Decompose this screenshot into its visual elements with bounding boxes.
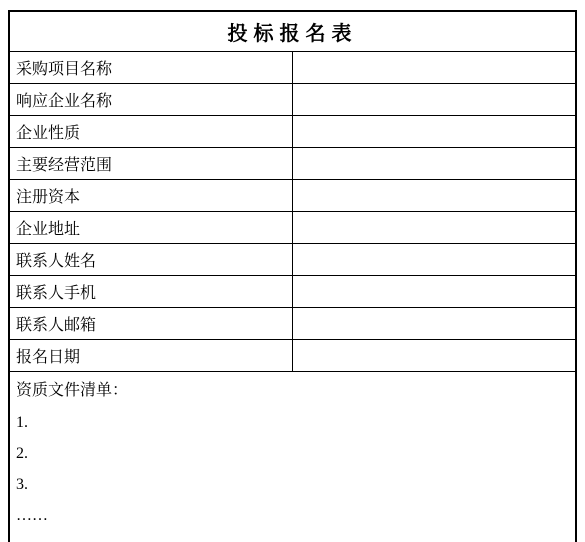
row-label-contact-email: 联系人邮箱 (9, 308, 293, 340)
form-row: 报名日期 (9, 340, 576, 372)
row-value-contact-email[interactable] (293, 308, 577, 340)
form-row: 联系人姓名 (9, 244, 576, 276)
row-value-procurement-project-name[interactable] (293, 52, 577, 84)
form-title: 投标报名表 (9, 11, 576, 52)
row-label-responding-company-name: 响应企业名称 (9, 84, 293, 116)
form-row: 采购项目名称 (9, 52, 576, 84)
qualification-item-1: 1. (16, 414, 567, 431)
qualification-section: 资质文件清单： 1. 2. 3. …… (9, 372, 576, 542)
form-row: 企业性质 (9, 116, 576, 148)
row-label-main-business-scope: 主要经营范围 (9, 148, 293, 180)
row-label-company-nature: 企业性质 (9, 116, 293, 148)
row-label-procurement-project-name: 采购项目名称 (9, 52, 293, 84)
row-value-responding-company-name[interactable] (293, 84, 577, 116)
row-label-registered-capital: 注册资本 (9, 180, 293, 212)
row-value-contact-mobile[interactable] (293, 276, 577, 308)
title-row: 投标报名表 (9, 11, 576, 52)
bid-registration-table: 投标报名表 采购项目名称 响应企业名称 企业性质 主要经营范围 注册资本 (8, 10, 577, 542)
form-row: 联系人手机 (9, 276, 576, 308)
qualification-item-2: 2. (16, 445, 567, 462)
qualification-heading: 资质文件清单： (16, 382, 567, 400)
qualification-item-3: 3. (16, 476, 567, 493)
qualification-row: 资质文件清单： 1. 2. 3. …… (9, 372, 576, 542)
row-label-registration-date: 报名日期 (9, 340, 293, 372)
form-row: 主要经营范围 (9, 148, 576, 180)
row-value-contact-name[interactable] (293, 244, 577, 276)
row-label-contact-name: 联系人姓名 (9, 244, 293, 276)
document-page: 投标报名表 采购项目名称 响应企业名称 企业性质 主要经营范围 注册资本 (0, 0, 585, 542)
row-label-contact-mobile: 联系人手机 (9, 276, 293, 308)
row-value-company-nature[interactable] (293, 116, 577, 148)
row-value-main-business-scope[interactable] (293, 148, 577, 180)
form-row: 响应企业名称 (9, 84, 576, 116)
form-row: 联系人邮箱 (9, 308, 576, 340)
row-label-company-address: 企业地址 (9, 212, 293, 244)
row-value-registered-capital[interactable] (293, 180, 577, 212)
form-row: 注册资本 (9, 180, 576, 212)
row-value-registration-date[interactable] (293, 340, 577, 372)
form-row: 企业地址 (9, 212, 576, 244)
qualification-item-ellipsis: …… (16, 507, 567, 524)
row-value-company-address[interactable] (293, 212, 577, 244)
